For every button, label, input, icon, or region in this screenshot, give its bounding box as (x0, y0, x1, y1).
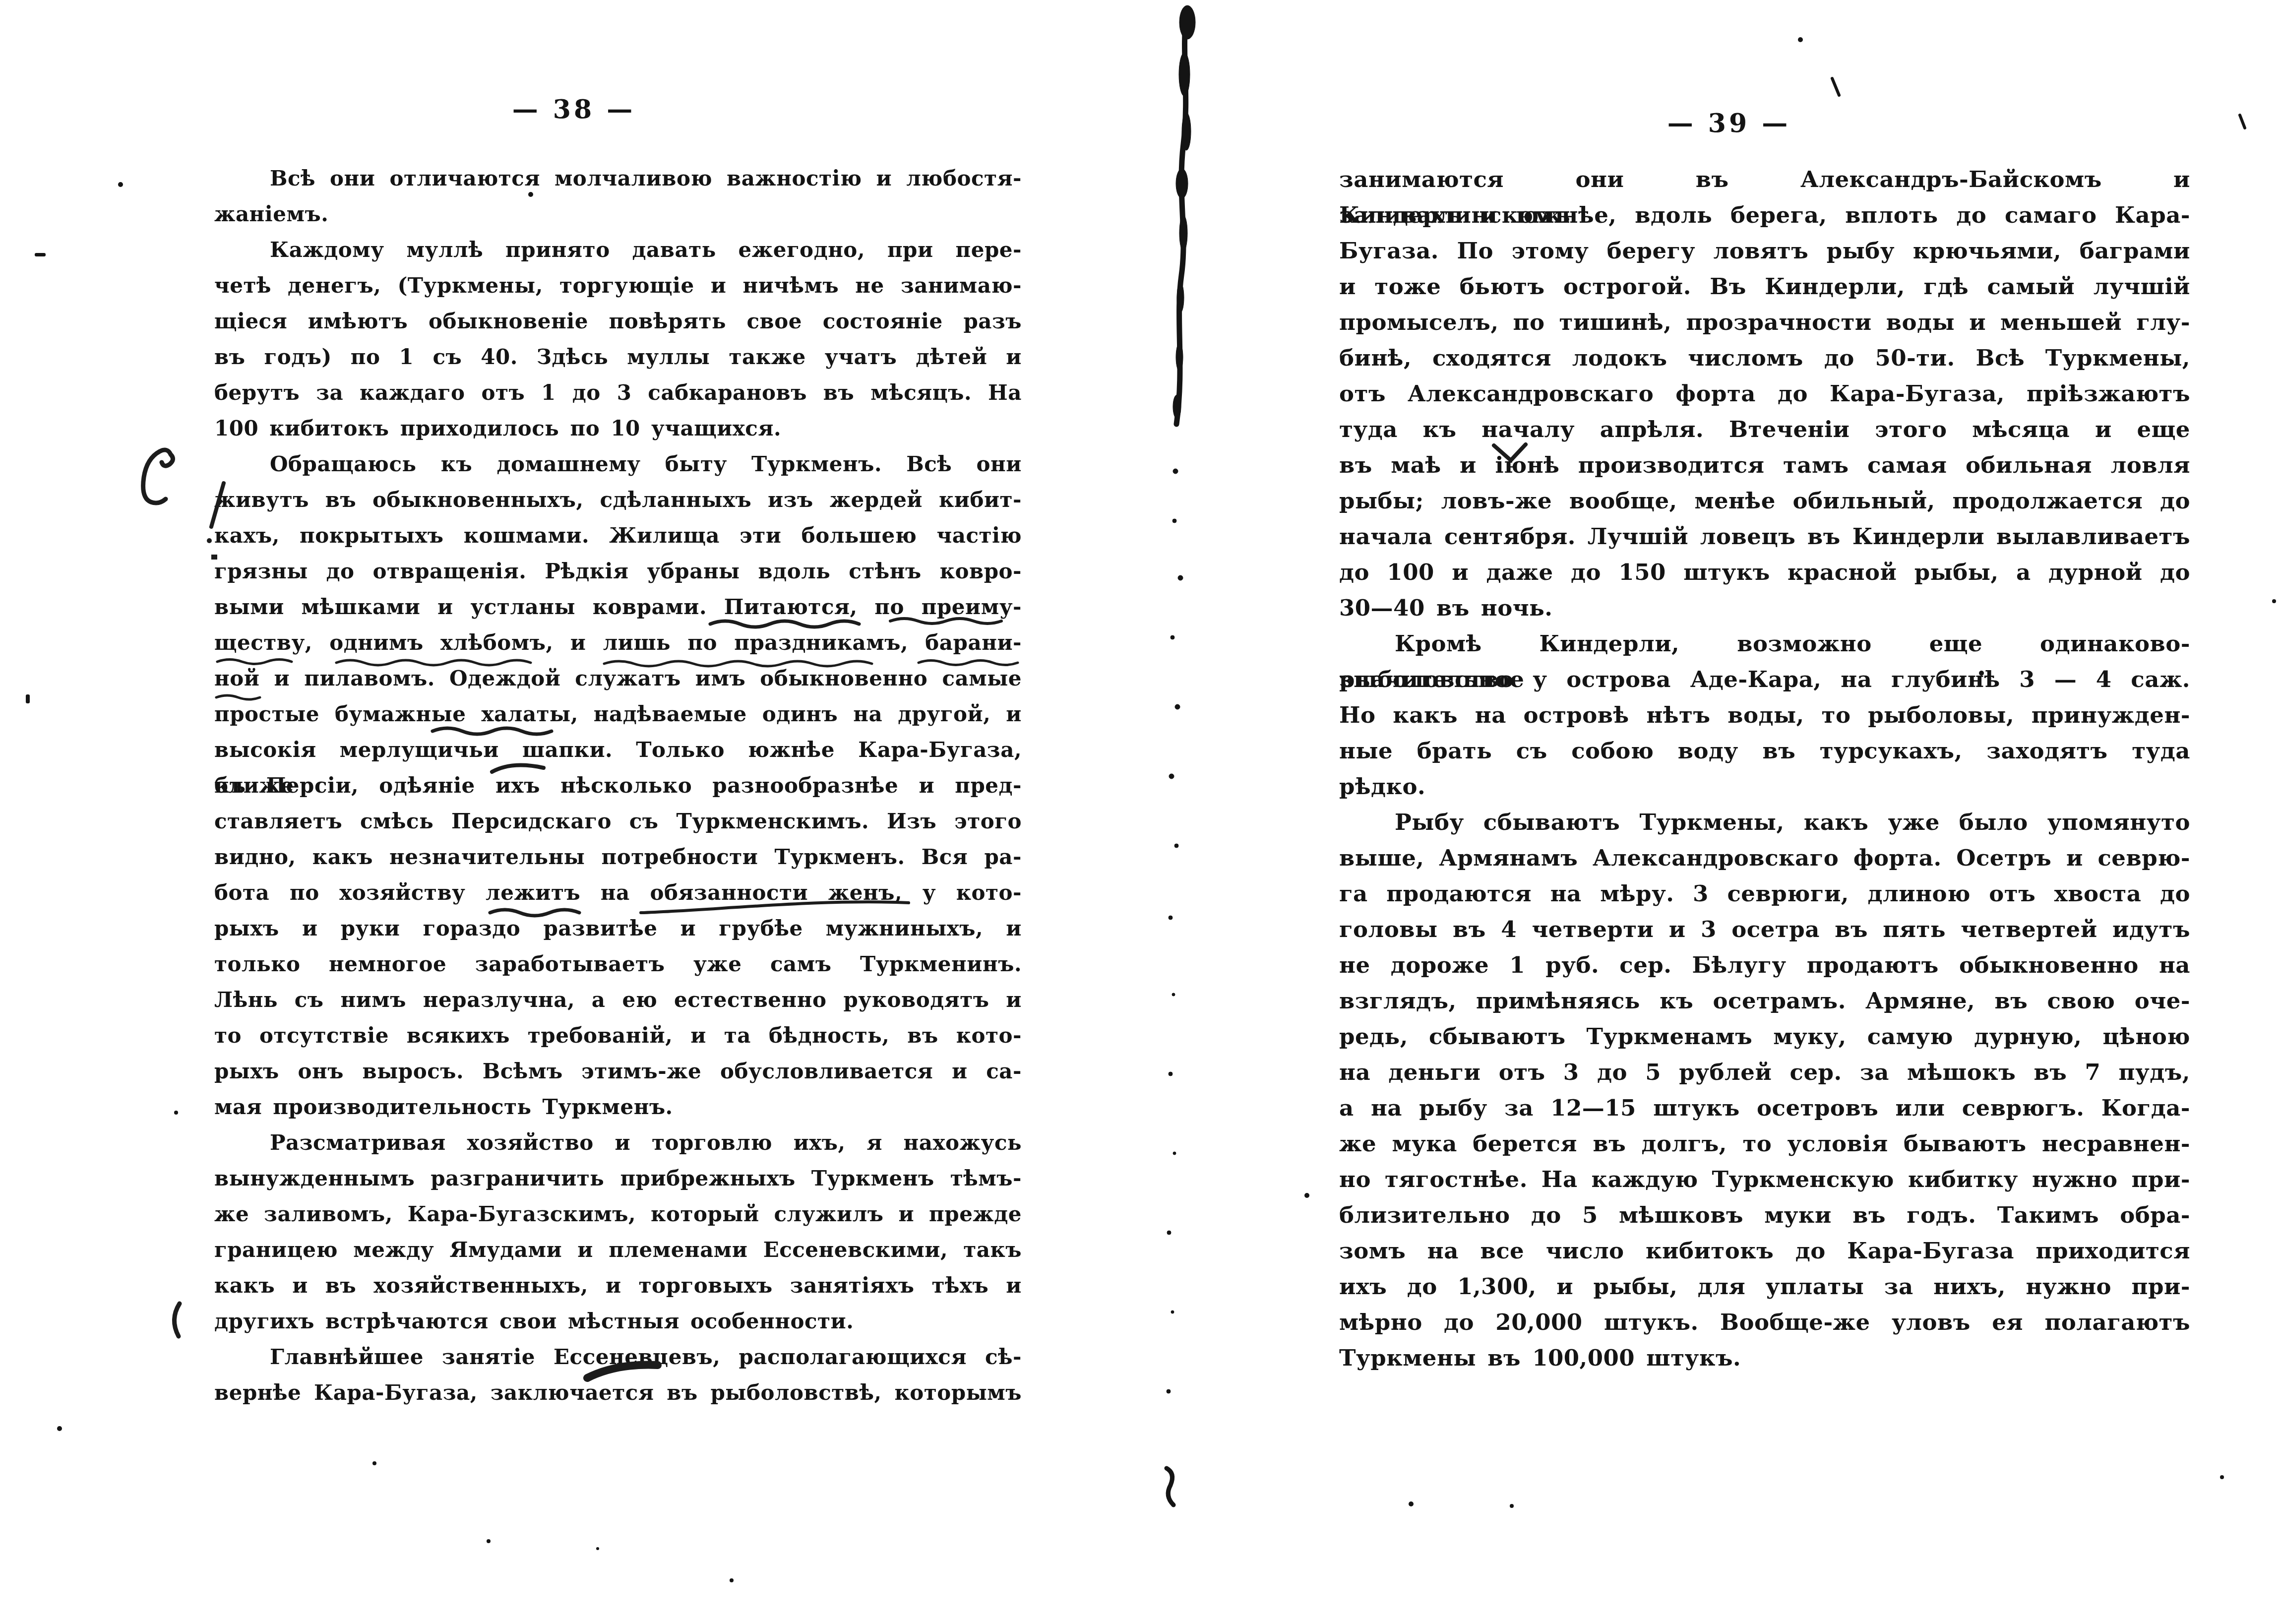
text-line: не дороже 1 руб. сер. Бѣлугу продаютъ об… (1339, 947, 2190, 983)
text-line: Но какъ на островѣ нѣтъ воды, то рыболов… (1339, 697, 2190, 733)
pencil-c-mark (143, 450, 173, 503)
text-line: то отсутствіе всякихъ требованій, и та б… (214, 1018, 1022, 1054)
text-line: туда къ началу апрѣля. Втеченіи этого мѣ… (1339, 412, 2190, 447)
text-line: 100 кибитокъ приходилось по 10 учащихся. (214, 411, 1022, 446)
text-line: Туркмены въ 100,000 штукъ. (1339, 1340, 2190, 1376)
text-line: Кромѣ Киндерли, возможно еще одинаково-з… (1339, 626, 2190, 662)
text-line: Всѣ они отличаются молчаливою важностію … (214, 161, 1022, 196)
text-line: головы въ 4 четверти и 3 осетра въ пять … (1339, 912, 2190, 947)
text-line: мѣрно до 20,000 штукъ. Вообще-же уловъ е… (1339, 1305, 2190, 1340)
text-line: взглядъ, примѣняясь къ осетрамъ. Армяне,… (1339, 983, 2190, 1019)
pencil-open-paren (174, 1304, 180, 1336)
text-line: заливахъ и южнѣе, вдоль берега, вплоть д… (1339, 197, 2190, 233)
text-line: Лѣнь съ нимъ неразлучна, а ею естественн… (214, 982, 1022, 1018)
text-line: бота по хозяйству лежитъ на обязанности … (214, 875, 1022, 911)
text-line: въ маѣ и іюнѣ производится тамъ самая об… (1339, 447, 2190, 483)
text-line: выми мѣшками и устланы коврами. Питаются… (214, 589, 1022, 625)
text-line: видно, какъ незначительны потребности Ту… (214, 839, 1022, 875)
text-line: Бугаза. По этому берегу ловятъ рыбу крюч… (1339, 233, 2190, 269)
text-line: мая производительность Туркменъ. (214, 1089, 1022, 1125)
text-line: щіеся имѣютъ обыкновеніе повѣрять свое с… (214, 304, 1022, 339)
text-line: другихъ встрѣчаются свои мѣстныя особенн… (214, 1304, 1022, 1339)
text-line: рыхъ и руки гораздо развитѣе и грубѣе му… (214, 911, 1022, 946)
pencil-dot (207, 538, 212, 543)
text-column-38: Всѣ они отличаются молчаливою важностію … (214, 161, 1022, 1411)
page-number-38: — 38 — (470, 94, 678, 125)
text-line: только немногое заработываетъ уже самъ Т… (214, 946, 1022, 982)
text-line: берутъ за каждаго отъ 1 до 3 сабкарановъ… (214, 375, 1022, 411)
text-line: къ Персіи, одѣяніе ихъ нѣсколько разнооб… (214, 768, 1022, 804)
text-line: жаніемъ. (214, 196, 1022, 232)
text-line: на деньги отъ 3 до 5 рублей сер. за мѣшо… (1339, 1055, 2190, 1090)
text-line: ществу, однимъ хлѣбомъ, и лишь по праздн… (214, 625, 1022, 661)
text-line: Рыбу сбываютъ Туркмены, какъ уже было уп… (1339, 805, 2190, 840)
text-line: и тоже бьютъ острогой. Въ Киндерли, гдѣ … (1339, 269, 2190, 305)
scanned-book-spread: { "colors": { "paper": "#ffffff", "ink":… (0, 0, 2282, 1624)
text-line: но тягостнѣе. На каждую Туркменскую киби… (1339, 1162, 2190, 1197)
text-line: Обращаюсь къ домашнему быту Туркменъ. Вс… (214, 446, 1022, 482)
text-line: высокія мерлущичьи шапки. Только южнѣе К… (214, 732, 1022, 768)
text-line: границею между Ямудами и племенами Ессен… (214, 1232, 1022, 1268)
text-line: кахъ, покрытыхъ кошмами. Жилища эти боль… (214, 518, 1022, 554)
text-line: ставляетъ смѣсь Персидскаго съ Туркменск… (214, 804, 1022, 839)
text-line: рыбы; ловъ-же вообще, менѣе обильный, пр… (1339, 483, 2190, 519)
text-line: Главнѣйшее занятіе Ессеневцевъ, располаг… (214, 1339, 1022, 1375)
text-line: рыболовство у острова Аде-Кара, на глуби… (1339, 662, 2190, 697)
text-line: живутъ въ обыкновенныхъ, сдѣланныхъ изъ … (214, 482, 1022, 518)
text-line: отъ Александровскаго форта до Кара-Бугаз… (1339, 376, 2190, 412)
text-line: ихъ до 1,300, и рыбы, для уплаты за нихъ… (1339, 1269, 2190, 1305)
text-line: га продаются на мѣру. 3 севрюги, длиною … (1339, 876, 2190, 912)
text-line: близительно до 5 мѣшковъ муки въ годъ. Т… (1339, 1197, 2190, 1233)
text-line: простые бумажные халаты, надѣваемые один… (214, 696, 1022, 732)
text-line: ной и пилавомъ. Одеждой служатъ имъ обык… (214, 661, 1022, 696)
text-line: зомъ на все число кибитокъ до Кара-Бугаз… (1339, 1233, 2190, 1269)
text-line: же заливомъ, Кара-Бугазскимъ, который сл… (214, 1196, 1022, 1232)
text-line: Разсматривая хозяйство и торговлю ихъ, я… (214, 1125, 1022, 1161)
page-number-39: — 39 — (1625, 108, 1833, 138)
binding-gutter-strip (1167, 5, 1195, 1505)
text-line: какъ и въ хозяйственныхъ, и торговыхъ за… (214, 1268, 1022, 1304)
text-line: начала сентября. Лучшій ловецъ въ Киндер… (1339, 519, 2190, 555)
text-line: въ годъ) по 1 съ 40. Здѣсь муллы также у… (214, 339, 1022, 375)
text-line: грязны до отвращенія. Рѣдкія убраны вдол… (214, 554, 1022, 589)
text-line: промыселъ, по тишинѣ, прозрачности воды … (1339, 305, 2190, 340)
text-line: ные брать съ собою воду въ турсукахъ, за… (1339, 733, 2190, 769)
text-line: а на рыбу за 12—15 штукъ осетровъ или се… (1339, 1090, 2190, 1126)
text-line: 30—40 въ ночь. (1339, 590, 2190, 626)
text-line: редь, сбываютъ Туркменамъ муку, самую ду… (1339, 1019, 2190, 1055)
text-line: рѣдко. (1339, 769, 2190, 805)
text-column-39: занимаются они въ Александръ-Байскомъ и … (1339, 162, 2190, 1376)
text-line: вернѣе Кара-Бугаза, заключается въ рыбол… (214, 1375, 1022, 1411)
text-line: рыхъ онъ выросъ. Всѣмъ этимъ-же обусловл… (214, 1054, 1022, 1089)
text-line: выше, Армянамъ Александровскаго форта. О… (1339, 840, 2190, 876)
text-line: до 100 и даже до 150 штукъ красной рыбы,… (1339, 555, 2190, 590)
text-line: бинѣ, сходятся лодокъ числомъ до 50-ти. … (1339, 340, 2190, 376)
text-line: же мука берется въ долгъ, то условія быв… (1339, 1126, 2190, 1162)
text-line: занимаются они въ Александръ-Байскомъ и … (1339, 162, 2190, 197)
text-line: вынужденнымъ разграничить прибрежныхъ Ту… (214, 1161, 1022, 1196)
text-line: Каждому муллѣ принято давать ежегодно, п… (214, 232, 1022, 268)
text-line: четѣ денегъ, (Туркмены, торгующіе и ничѣ… (214, 268, 1022, 304)
